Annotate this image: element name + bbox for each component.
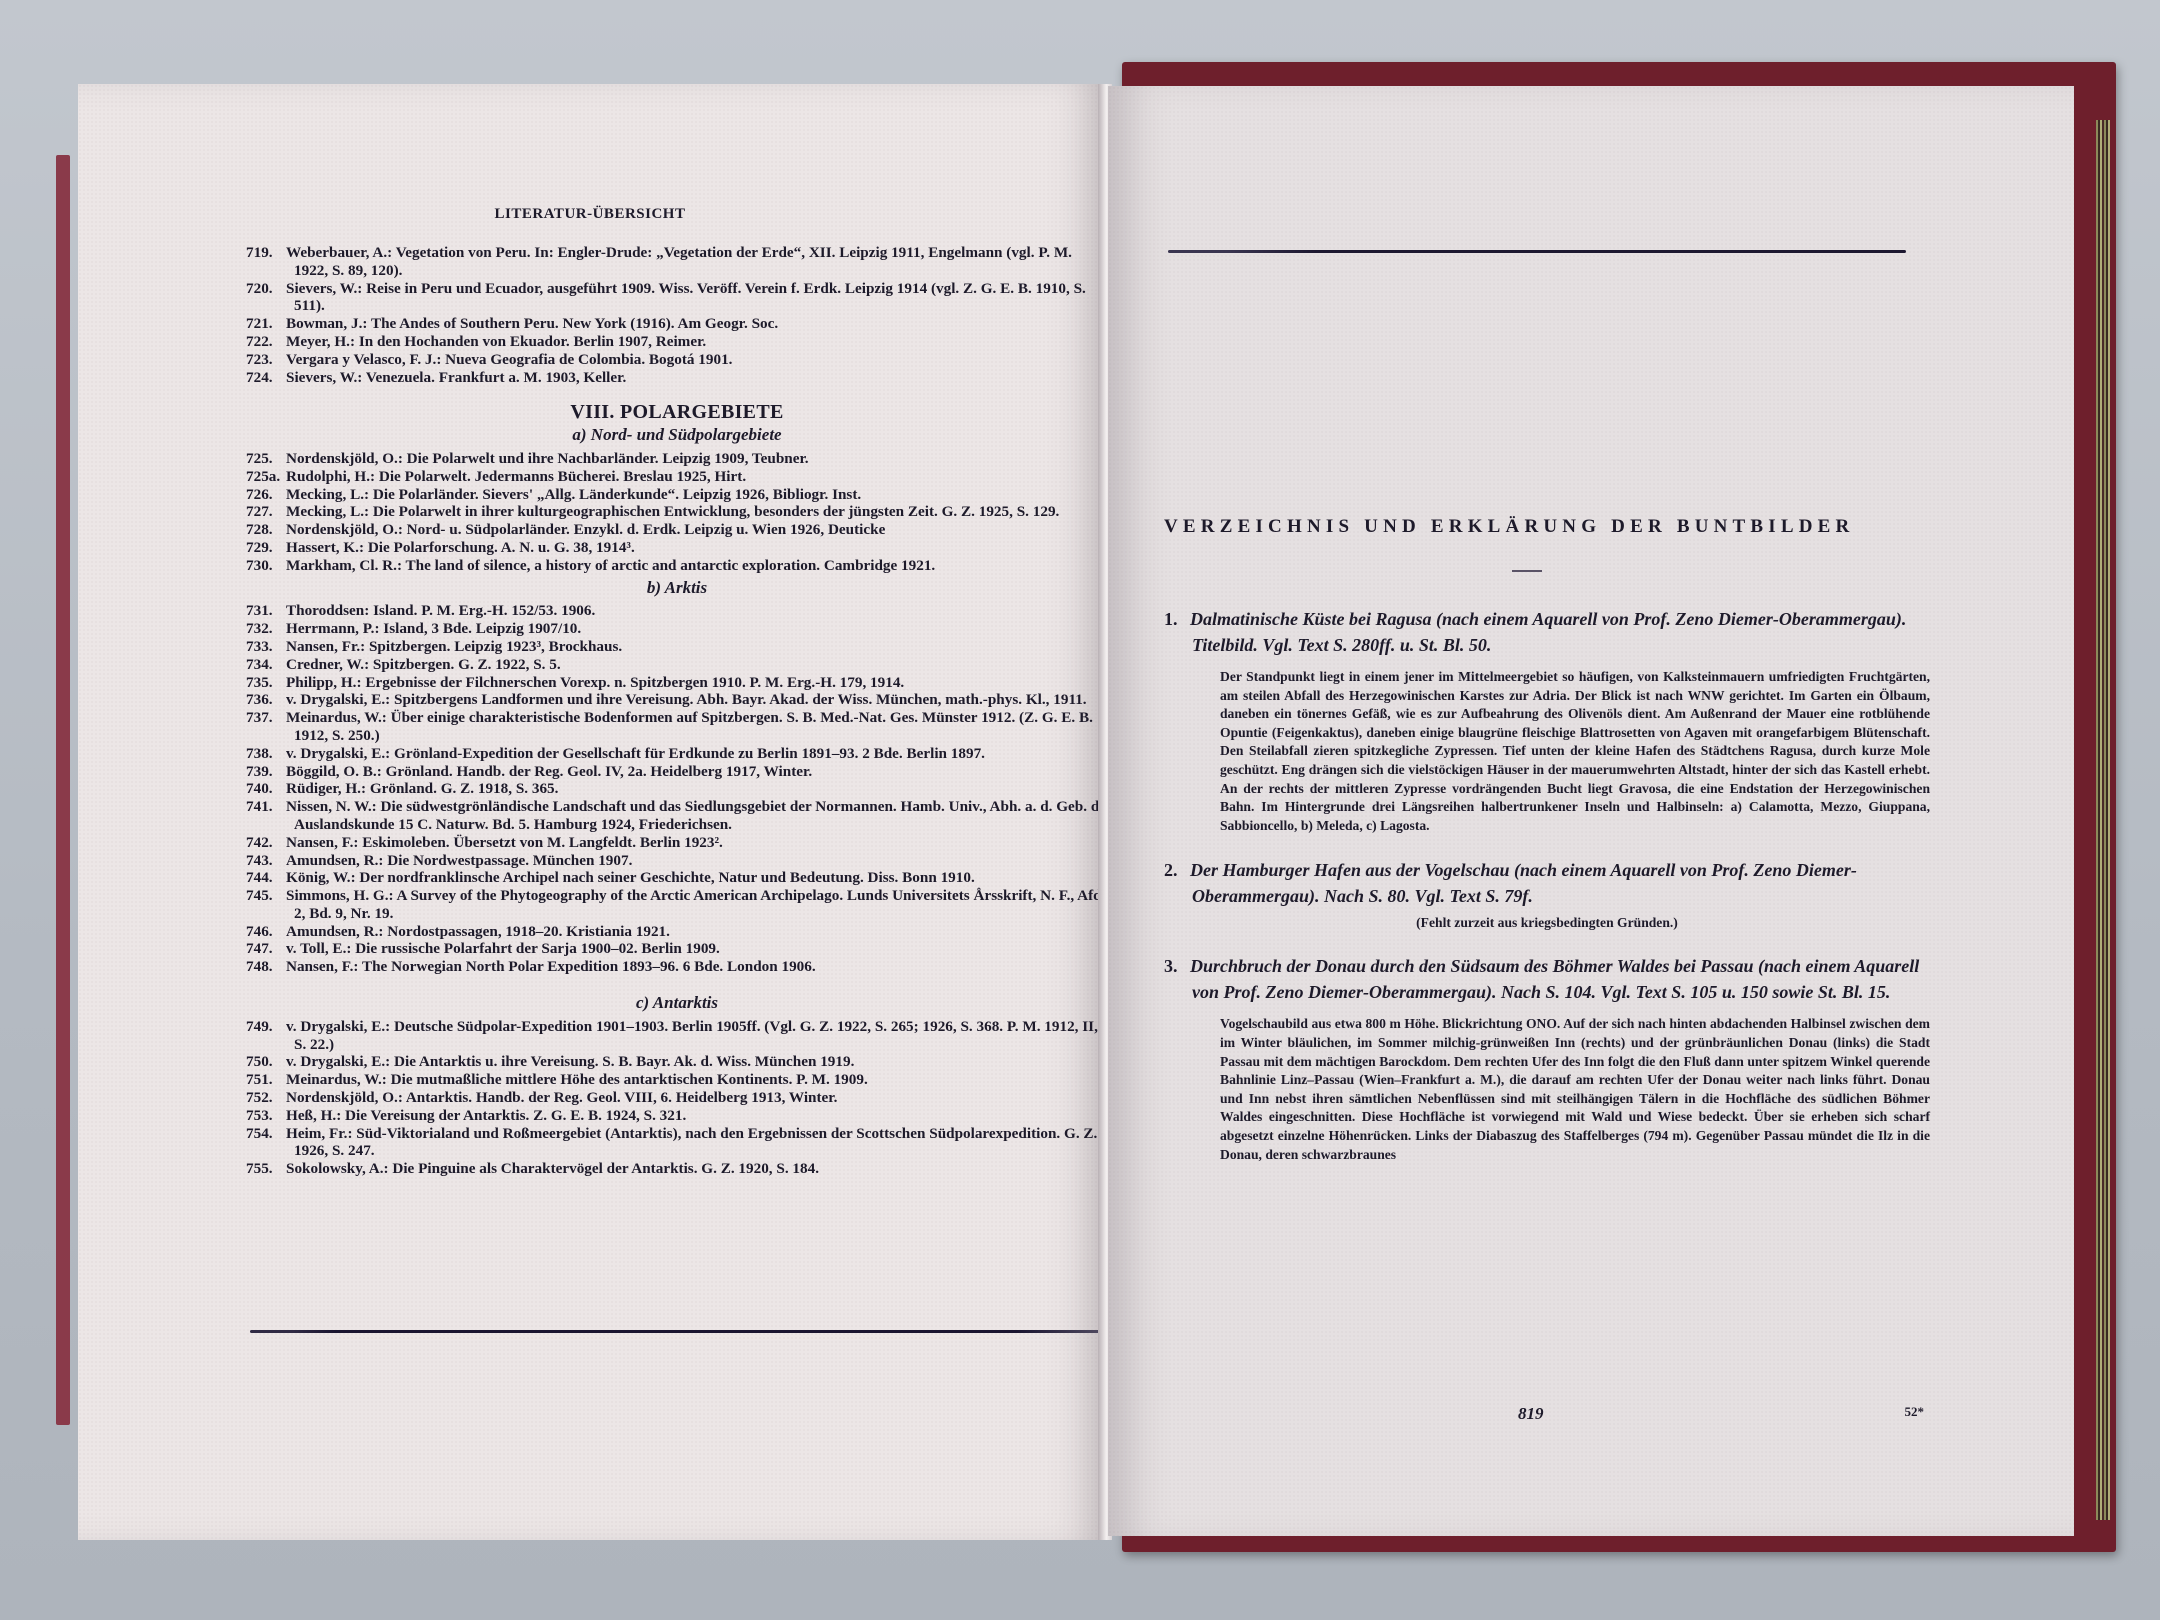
entry-text: Herrmann, P.: Island, 3 Bde. Leipzig 190… <box>286 620 581 637</box>
entry-number: 728. <box>246 521 286 539</box>
entry-text: Amundsen, R.: Nordostpassagen, 1918–20. … <box>286 923 670 940</box>
bibliography-entry: 730.Markham, Cl. R.: The land of silence… <box>246 557 1108 575</box>
entry-text: Bowman, J.: The Andes of Southern Peru. … <box>286 315 778 332</box>
entry-text: Nissen, N. W.: Die südwestgrönländische … <box>286 798 1103 833</box>
entry-number: 751. <box>246 1071 286 1089</box>
entry-number: 729. <box>246 539 286 557</box>
entry-text: Nansen, F.: The Norwegian North Polar Ex… <box>286 958 816 975</box>
entry-text: Hassert, K.: Die Polarforschung. A. N. u… <box>286 539 635 556</box>
bibliography-entry: 751.Meinardus, W.: Die mutmaßliche mittl… <box>246 1071 1108 1089</box>
bibliography-entry: 729.Hassert, K.: Die Polarforschung. A. … <box>246 539 1108 557</box>
entry-text: Nansen, Fr.: Spitzbergen. Leipzig 1923³,… <box>286 638 622 655</box>
entry-text: Böggild, O. B.: Grönland. Handb. der Reg… <box>286 763 812 780</box>
entry-number: 740. <box>246 780 286 798</box>
entry-number: 737. <box>246 709 286 727</box>
entry-number: 727. <box>246 503 286 521</box>
entry-text: v. Drygalski, E.: Die Antarktis u. ihre … <box>286 1053 854 1070</box>
entry-text: Heß, H.: Die Vereisung der Antarktis. Z.… <box>286 1107 686 1124</box>
bibliography-entry: 733.Nansen, Fr.: Spitzbergen. Leipzig 19… <box>246 638 1108 656</box>
entry-text: Simmons, H. G.: A Survey of the Phytogeo… <box>286 887 1105 922</box>
plate-number: 1. <box>1164 606 1190 632</box>
bibliography-entry: 741.Nissen, N. W.: Die südwestgrönländis… <box>246 798 1108 834</box>
plate-note: (Fehlt zurzeit aus kriegsbedingten Gründ… <box>1164 915 1930 931</box>
signature-mark: 52* <box>1905 1404 1925 1420</box>
entry-text: König, W.: Der nordfranklinsche Archipel… <box>286 869 975 886</box>
entry-number: 735. <box>246 674 286 692</box>
entry-number: 744. <box>246 869 286 887</box>
bibliography-entry: 747.v. Toll, E.: Die russische Polarfahr… <box>246 940 1108 958</box>
page-end-rule <box>250 1330 1102 1333</box>
bibliography-entry: 740.Rüdiger, H.: Grönland. G. Z. 1918, S… <box>246 780 1108 798</box>
entry-text: Sievers, W.: Venezuela. Frankfurt a. M. … <box>286 369 626 386</box>
subsection-title: a) Nord- und Südpolargebiete <box>246 426 1108 444</box>
entry-number: 721. <box>246 315 286 333</box>
entry-text: Rudolphi, H.: Die Polarwelt. Jedermanns … <box>286 468 746 485</box>
bibliography-entry: 749.v. Drygalski, E.: Deutsche Südpolar-… <box>246 1018 1108 1054</box>
entry-number: 725. <box>246 450 286 468</box>
entry-number: 731. <box>246 602 286 620</box>
entry-text: v. Drygalski, E.: Spitzbergens Landforme… <box>286 691 1087 708</box>
bibliography-entry: 727.Mecking, L.: Die Polarwelt in ihrer … <box>246 503 1108 521</box>
plate-item: 1.Dalmatinische Küste bei Ragusa (nach e… <box>1164 606 1930 835</box>
entry-number: 736. <box>246 691 286 709</box>
entry-text: Meyer, H.: In den Hochanden von Ekuador.… <box>286 333 706 350</box>
entry-text: Heim, Fr.: Süd-Viktorialand und Roßmeerg… <box>286 1125 1097 1160</box>
bibliography-entry: 719.Weberbauer, A.: Vegetation von Peru.… <box>246 244 1108 280</box>
entry-number: 732. <box>246 620 286 638</box>
entry-text: Credner, W.: Spitzbergen. G. Z. 1922, S.… <box>286 656 561 673</box>
subsection-entries: 725.Nordenskjöld, O.: Die Polarwelt und … <box>246 450 1108 575</box>
entry-number: 754. <box>246 1125 286 1143</box>
bibliography-entry: 753.Heß, H.: Die Vereisung der Antarktis… <box>246 1107 1108 1125</box>
entry-text: Mecking, L.: Die Polarländer. Sievers' „… <box>286 486 861 503</box>
entry-text: Thoroddsen: Island. P. M. Erg.-H. 152/53… <box>286 602 595 619</box>
entry-number: 746. <box>246 923 286 941</box>
bibliography-entry: 746.Amundsen, R.: Nordostpassagen, 1918–… <box>246 923 1108 941</box>
bibliography-entry: 734.Credner, W.: Spitzbergen. G. Z. 1922… <box>246 656 1108 674</box>
title-ornament-dash <box>1512 570 1542 572</box>
entry-number: 742. <box>246 834 286 852</box>
bibliography-entry: 725a.Rudolphi, H.: Die Polarwelt. Jederm… <box>246 468 1108 486</box>
entry-number: 748. <box>246 958 286 976</box>
subsection-entries: 749.v. Drygalski, E.: Deutsche Südpolar-… <box>246 1018 1108 1178</box>
bibliography-entry: 728.Nordenskjöld, O.: Nord- u. Südpolarl… <box>246 521 1108 539</box>
entry-text: Vergara y Velasco, F. J.: Nueva Geografi… <box>286 351 732 368</box>
entry-text: v. Toll, E.: Die russische Polarfahrt de… <box>286 940 720 957</box>
plate-description: Der Standpunkt liegt in einem jener im M… <box>1220 668 1930 835</box>
bibliography-entry: 725.Nordenskjöld, O.: Die Polarwelt und … <box>246 450 1108 468</box>
running-head: LITERATUR-ÜBERSICHT <box>78 206 1102 223</box>
entry-number: 725a. <box>246 468 286 486</box>
entry-text: Markham, Cl. R.: The land of silence, a … <box>286 557 935 574</box>
entry-number: 747. <box>246 940 286 958</box>
bibliography-entry: 724.Sievers, W.: Venezuela. Frankfurt a.… <box>246 369 1108 387</box>
entry-text: Amundsen, R.: Die Nordwestpassage. Münch… <box>286 852 632 869</box>
entry-text: Meinardus, W.: Die mutmaßliche mittlere … <box>286 1071 868 1088</box>
left-page: LITERATUR-ÜBERSICHT 719.Weberbauer, A.: … <box>78 84 1102 1540</box>
bibliography-entry: 752.Nordenskjöld, O.: Antarktis. Handb. … <box>246 1089 1108 1107</box>
entry-text: Sokolowsky, A.: Die Pinguine als Charakt… <box>286 1160 819 1177</box>
bibliography-entry: 739.Böggild, O. B.: Grönland. Handb. der… <box>246 763 1108 781</box>
bibliography-entry: 722.Meyer, H.: In den Hochanden von Ekua… <box>246 333 1108 351</box>
entries-top: 719.Weberbauer, A.: Vegetation von Peru.… <box>246 244 1108 386</box>
right-page: VERZEICHNIS UND ERKLÄRUNG DER BUNTBILDER… <box>1108 86 2074 1536</box>
bibliography-entry: 755.Sokolowsky, A.: Die Pinguine als Cha… <box>246 1160 1108 1178</box>
bibliography-entry: 731.Thoroddsen: Island. P. M. Erg.-H. 15… <box>246 602 1108 620</box>
entry-number: 724. <box>246 369 286 387</box>
plate-number: 2. <box>1164 857 1190 883</box>
entry-number: 749. <box>246 1018 286 1036</box>
entry-number: 745. <box>246 887 286 905</box>
entry-text: Nordenskjöld, O.: Antarktis. Handb. der … <box>286 1089 837 1106</box>
bibliography-entry: 744.König, W.: Der nordfranklinsche Arch… <box>246 869 1108 887</box>
bibliography-entry: 735.Philipp, H.: Ergebnisse der Filchner… <box>246 674 1108 692</box>
entry-text: Meinardus, W.: Über einige charakteristi… <box>286 709 1093 744</box>
top-rule <box>1168 250 1906 253</box>
entry-number: 741. <box>246 798 286 816</box>
bibliography-list: 719.Weberbauer, A.: Vegetation von Peru.… <box>246 244 1108 1178</box>
entry-number: 733. <box>246 638 286 656</box>
bibliography-entry: 750.v. Drygalski, E.: Die Antarktis u. i… <box>246 1053 1108 1071</box>
entry-number: 739. <box>246 763 286 781</box>
bibliography-entry: 738.v. Drygalski, E.: Grönland-Expeditio… <box>246 745 1108 763</box>
entry-number: 755. <box>246 1160 286 1178</box>
bibliography-entry: 737.Meinardus, W.: Über einige charakter… <box>246 709 1108 745</box>
entry-number: 722. <box>246 333 286 351</box>
subsection-title: b) Arktis <box>246 579 1108 597</box>
entry-text: Nordenskjöld, O.: Die Polarwelt und ihre… <box>286 450 809 467</box>
bibliography-entry: 742.Nansen, F.: Eskimoleben. Übersetzt v… <box>246 834 1108 852</box>
entry-text: Weberbauer, A.: Vegetation von Peru. In:… <box>286 244 1072 279</box>
entry-number: 752. <box>246 1089 286 1107</box>
plate-list: 1.Dalmatinische Küste bei Ragusa (nach e… <box>1164 606 1930 1186</box>
page-title: VERZEICHNIS UND ERKLÄRUNG DER BUNTBILDER <box>1164 516 1944 538</box>
plate-item: 2.Der Hamburger Hafen aus der Vogelschau… <box>1164 857 1930 931</box>
entry-text: v. Drygalski, E.: Grönland-Expedition de… <box>286 745 985 762</box>
bibliography-entry: 748.Nansen, F.: The Norwegian North Pola… <box>246 958 1108 976</box>
plate-item: 3.Durchbruch der Donau durch den Südsaum… <box>1164 953 1930 1164</box>
subsection-title: c) Antarktis <box>246 994 1108 1012</box>
bibliography-entry: 720.Sievers, W.: Reise in Peru und Ecuad… <box>246 280 1108 316</box>
entry-number: 719. <box>246 244 286 262</box>
entry-text: Rüdiger, H.: Grönland. G. Z. 1918, S. 36… <box>286 780 558 797</box>
entry-text: Mecking, L.: Die Polarwelt in ihrer kult… <box>286 503 1059 520</box>
entry-number: 730. <box>246 557 286 575</box>
bibliography-entry: 726.Mecking, L.: Die Polarländer. Siever… <box>246 486 1108 504</box>
entry-number: 734. <box>246 656 286 674</box>
entry-number: 738. <box>246 745 286 763</box>
entry-number: 743. <box>246 852 286 870</box>
bibliography-entry: 736.v. Drygalski, E.: Spitzbergens Landf… <box>246 691 1108 709</box>
entry-number: 750. <box>246 1053 286 1071</box>
book-cover-left-edge <box>56 155 70 1425</box>
plate-heading: 2.Der Hamburger Hafen aus der Vogelschau… <box>1164 857 1930 909</box>
bibliography-entry: 745.Simmons, H. G.: A Survey of the Phyt… <box>246 887 1108 923</box>
page-block-edges <box>2096 120 2110 1520</box>
plate-description: Vogelschaubild aus etwa 800 m Höhe. Blic… <box>1220 1015 1930 1164</box>
entry-text: Sievers, W.: Reise in Peru und Ecuador, … <box>286 280 1086 315</box>
entry-text: Philipp, H.: Ergebnisse der Filchnersche… <box>286 674 904 691</box>
bibliography-entry: 754.Heim, Fr.: Süd-Viktorialand und Roßm… <box>246 1125 1108 1161</box>
entry-text: Nordenskjöld, O.: Nord- u. Südpolarlände… <box>286 521 885 538</box>
plate-heading: 1.Dalmatinische Küste bei Ragusa (nach e… <box>1164 606 1930 658</box>
entry-number: 723. <box>246 351 286 369</box>
plate-number: 3. <box>1164 953 1190 979</box>
plate-heading: 3.Durchbruch der Donau durch den Südsaum… <box>1164 953 1930 1005</box>
section-title: VIII. POLARGEBIETE <box>246 404 1108 422</box>
bibliography-entry: 743.Amundsen, R.: Die Nordwestpassage. M… <box>246 852 1108 870</box>
bibliography-entry: 732.Herrmann, P.: Island, 3 Bde. Leipzig… <box>246 620 1108 638</box>
entry-number: 726. <box>246 486 286 504</box>
bibliography-entry: 721.Bowman, J.: The Andes of Southern Pe… <box>246 315 1108 333</box>
entry-text: v. Drygalski, E.: Deutsche Südpolar-Expe… <box>286 1018 1098 1053</box>
entry-text: Nansen, F.: Eskimoleben. Übersetzt von M… <box>286 834 723 851</box>
entry-number: 753. <box>246 1107 286 1125</box>
subsection-entries: 731.Thoroddsen: Island. P. M. Erg.-H. 15… <box>246 602 1108 976</box>
page-number: 819 <box>1518 1404 1544 1424</box>
entry-number: 720. <box>246 280 286 298</box>
bibliography-entry: 723.Vergara y Velasco, F. J.: Nueva Geog… <box>246 351 1108 369</box>
